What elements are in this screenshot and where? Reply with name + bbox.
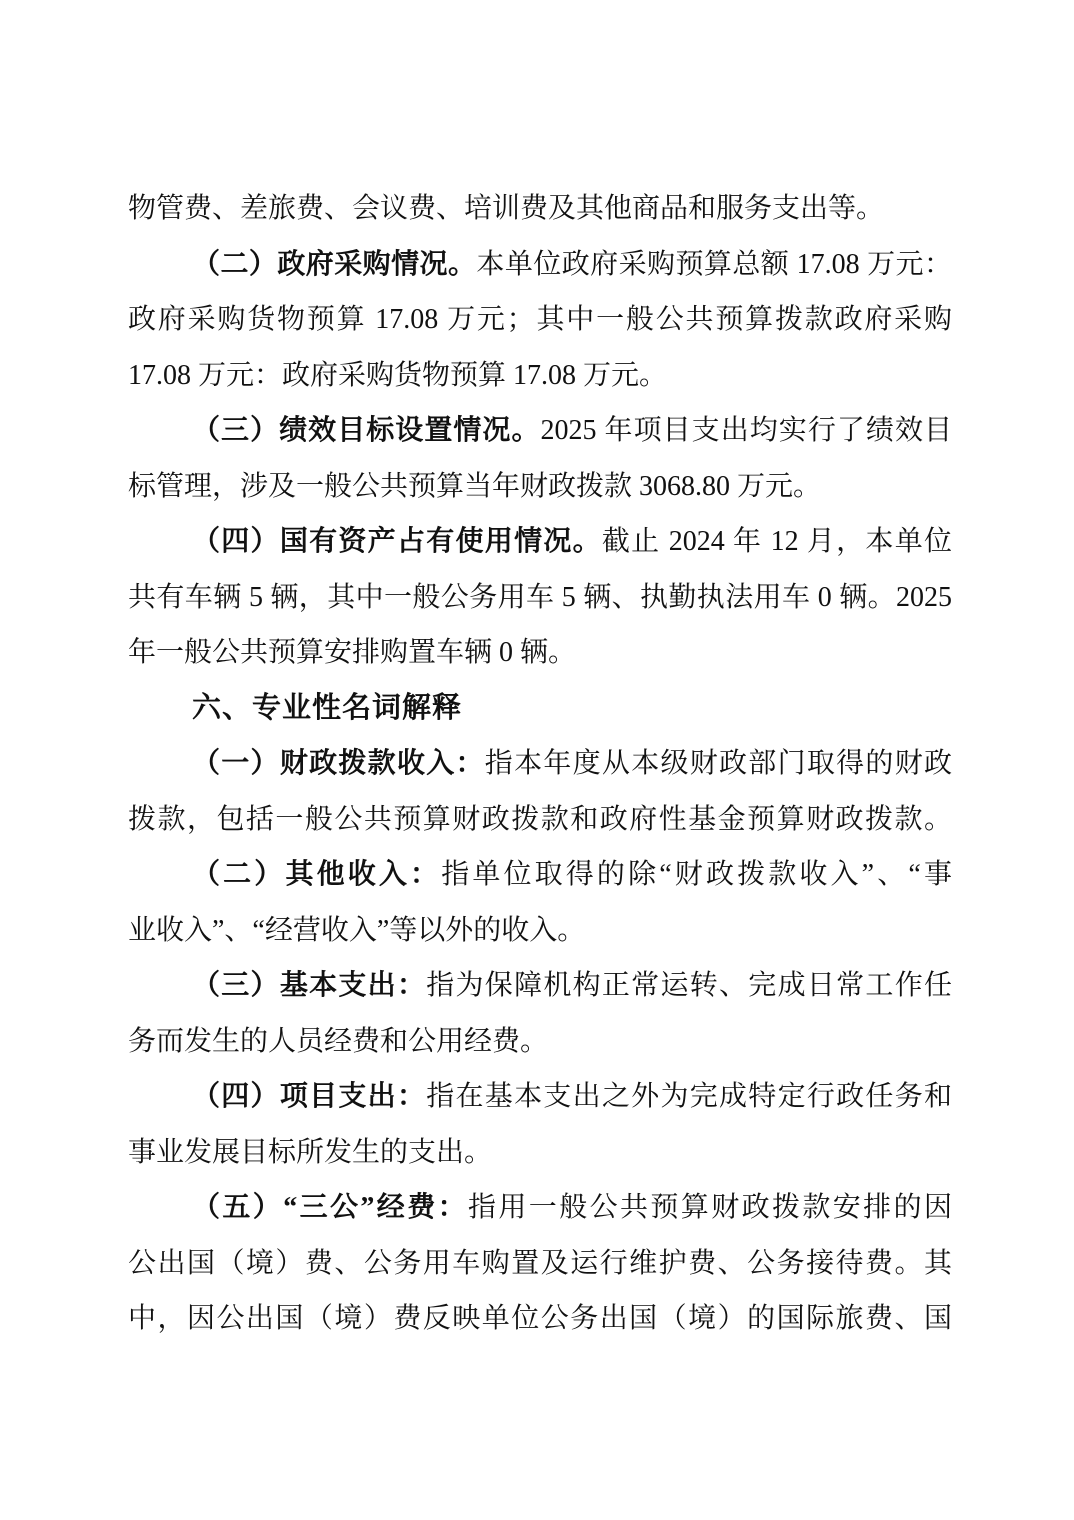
line-text: 共有车辆 5 辆，其中一般公务用车 5 辆、执勤执法用车 0 辆。2025 [128, 582, 952, 613]
document-page: 物管费、差旅费、会议费、培训费及其他商品和服务支出等。 （二）政府采购情况。本单… [0, 0, 1074, 1520]
line-text: 年一般公共预算安排购置车辆 0 辆。 [128, 637, 576, 668]
line-text: 拨款，包括一般公共预算财政拨款和政府性基金预算财政拨款。 [128, 804, 952, 835]
line-text: 政府采购货物预算 17.08 万元；其中一般公共预算拨款政府采购 [128, 304, 952, 335]
line-text: 指在基本支出之外为完成特定行政任务和 [426, 1081, 952, 1112]
paragraph-line: 拨款，包括一般公共预算财政拨款和政府性基金预算财政拨款。 [128, 792, 952, 848]
paragraph-line: （二）其他收入：指单位取得的除“财政拨款收入”、“事 [128, 847, 952, 903]
paragraph-line: 公出国（境）费、公务用车购置及运行维护费、公务接待费。其 [128, 1236, 952, 1292]
line-text: 指单位取得的除“财政拨款收入”、“事 [441, 859, 952, 890]
paragraph-line: 物管费、差旅费、会议费、培训费及其他商品和服务支出等。 [128, 181, 952, 237]
line-text: 事业发展目标所发生的支出。 [128, 1137, 492, 1168]
paragraph-line: （三）绩效目标设置情况。2025 年项目支出均实行了绩效目 [128, 403, 952, 459]
paragraph-line: （三）基本支出：指为保障机构正常运转、完成日常工作任 [128, 958, 952, 1014]
paragraph-line: 务而发生的人员经费和公用经费。 [128, 1014, 952, 1070]
line-text: 截止 2024 年 12 月，本单位 [602, 526, 952, 557]
paragraph-line: 共有车辆 5 辆，其中一般公务用车 5 辆、执勤执法用车 0 辆。2025 [128, 570, 952, 626]
paragraph-line: 标管理，涉及一般公共预算当年财政拨款 3068.80 万元。 [128, 459, 952, 515]
line-bold-lead: （一）财政拨款收入： [192, 748, 485, 779]
paragraph-line: 事业发展目标所发生的支出。 [128, 1125, 952, 1181]
section-heading: 六、专业性名词解释 [128, 681, 952, 737]
paragraph-line: 中，因公出国（境）费反映单位公务出国（境）的国际旅费、国 [128, 1291, 952, 1347]
line-bold-lead: （二）其他收入： [192, 859, 441, 890]
line-bold-lead: （五）“三公”经费： [192, 1192, 468, 1223]
line-bold-lead: （四）国有资产占有使用情况。 [192, 526, 602, 557]
paragraph-line: （四）国有资产占有使用情况。截止 2024 年 12 月，本单位 [128, 514, 952, 570]
line-text: 本单位政府采购预算总额 17.08 万元： [476, 249, 952, 280]
line-text: 业收入”、“经营收入”等以外的收入。 [128, 915, 585, 946]
line-text: 中，因公出国（境）费反映单位公务出国（境）的国际旅费、国 [128, 1303, 952, 1334]
line-bold-lead: （三）基本支出： [192, 970, 426, 1001]
line-text: 指为保障机构正常运转、完成日常工作任 [426, 970, 952, 1001]
section-heading-text: 六、专业性名词解释 [192, 692, 462, 724]
line-text: 物管费、差旅费、会议费、培训费及其他商品和服务支出等。 [128, 193, 884, 224]
line-text: 公出国（境）费、公务用车购置及运行维护费、公务接待费。其 [128, 1248, 952, 1279]
paragraph-line: （一）财政拨款收入：指本年度从本级财政部门取得的财政 [128, 736, 952, 792]
paragraph-line: （五）“三公”经费：指用一般公共预算财政拨款安排的因 [128, 1180, 952, 1236]
line-bold-lead: （三）绩效目标设置情况。 [192, 415, 541, 446]
line-text: 17.08 万元：政府采购货物预算 17.08 万元。 [128, 360, 667, 391]
line-text: 2025 年项目支出均实行了绩效目 [541, 415, 953, 446]
line-bold-lead: （四）项目支出： [192, 1081, 426, 1112]
paragraph-line: （四）项目支出：指在基本支出之外为完成特定行政任务和 [128, 1069, 952, 1125]
line-text: 指本年度从本级财政部门取得的财政 [485, 748, 952, 779]
paragraph-line: 17.08 万元：政府采购货物预算 17.08 万元。 [128, 348, 952, 404]
line-text: 务而发生的人员经费和公用经费。 [128, 1026, 548, 1057]
line-text: 标管理，涉及一般公共预算当年财政拨款 3068.80 万元。 [128, 471, 821, 502]
document-text-block: 物管费、差旅费、会议费、培训费及其他商品和服务支出等。 （二）政府采购情况。本单… [128, 181, 952, 1347]
line-text: 指用一般公共预算财政拨款安排的因 [468, 1192, 952, 1223]
paragraph-line: （二）政府采购情况。本单位政府采购预算总额 17.08 万元： [128, 237, 952, 293]
paragraph-line: 年一般公共预算安排购置车辆 0 辆。 [128, 625, 952, 681]
line-bold-lead: （二）政府采购情况。 [192, 249, 476, 280]
paragraph-line: 业收入”、“经营收入”等以外的收入。 [128, 903, 952, 959]
paragraph-line: 政府采购货物预算 17.08 万元；其中一般公共预算拨款政府采购 [128, 292, 952, 348]
